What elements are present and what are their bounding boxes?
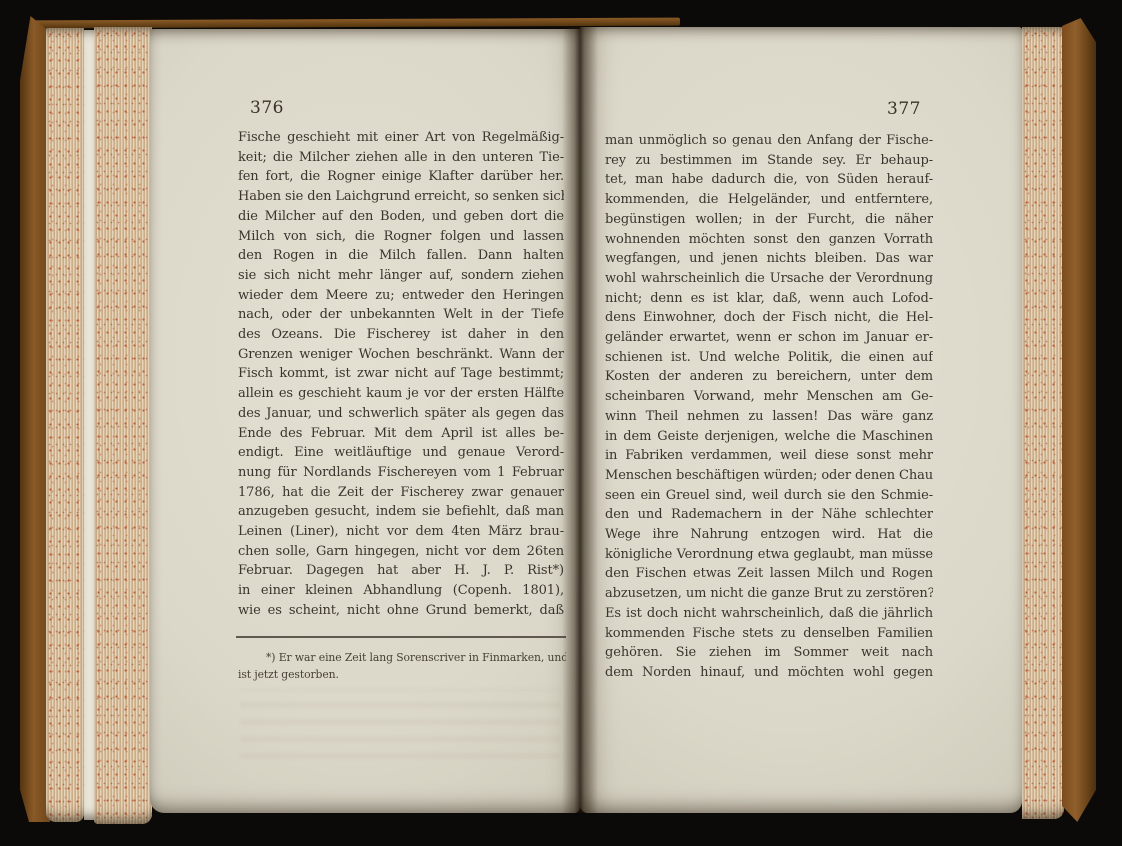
- text-line: geländer erwartet, wenn er schon im Janu…: [605, 328, 933, 348]
- page-number-right: 377: [887, 99, 921, 119]
- book-cover-right: [1062, 18, 1096, 822]
- text-line: keit; die Milcher ziehen alle in den unt…: [238, 148, 564, 168]
- text-line: Haben sie den Laichgrund erreicht, so se…: [238, 187, 564, 207]
- book-photo-stage: 376 Fische geschieht mit einer Art von R…: [0, 0, 1122, 846]
- text-line: endigt. Eine weitläuftige und genaue Ver…: [238, 443, 564, 463]
- left-page-text: Fische geschieht mit einer Art von Regel…: [238, 128, 564, 621]
- text-line: 1786, hat die Zeit der Fischerey zwar ge…: [238, 483, 564, 503]
- text-line: Fische geschieht mit einer Art von Regel…: [238, 128, 564, 148]
- flyleaf-edge-left: [84, 30, 94, 820]
- text-line: Kosten der anderen zu bereichern, unter …: [605, 367, 933, 387]
- text-line: tet, man habe dadurch die, von Süden her…: [605, 170, 933, 190]
- page-number-left: 376: [250, 98, 284, 118]
- text-line: in Fabriken verdammen, weil diese sonst …: [605, 446, 933, 466]
- text-line: abzusetzen, um nicht die ganze Brut zu z…: [605, 584, 933, 604]
- text-line: gehören. Sie ziehen im Sommer weit nach: [605, 643, 933, 663]
- text-line: des Januar, und schwerlich später als ge…: [238, 404, 564, 424]
- text-line: den Fischen etwas Zeit lassen Milch und …: [605, 564, 933, 584]
- text-line: ist jetzt gestorben.: [238, 667, 566, 684]
- text-line: *) Er war eine Zeit lang Sorenscriver in…: [238, 650, 566, 667]
- text-line: Ende des Februar. Mit dem April ist alle…: [238, 424, 564, 444]
- ink-showthrough: [240, 689, 560, 759]
- book-page-left: 376 Fische geschieht mit einer Art von R…: [150, 29, 580, 813]
- text-line: den Rogen in die Milch fallen. Dann halt…: [238, 246, 564, 266]
- text-line: Fisch kommt, ist zwar nicht auf Tage bes…: [238, 364, 564, 384]
- text-line: anzugeben gesucht, indem sie befiehlt, d…: [238, 502, 564, 522]
- text-line: wieder dem Meere zu; entweder den Hering…: [238, 286, 564, 306]
- text-line: in dem Geiste derjenigen, welche die Mas…: [605, 427, 933, 447]
- right-page-text: man unmöglich so genau den Anfang der Fi…: [605, 131, 933, 683]
- text-line: sie sich nicht mehr länger auf, sondern …: [238, 266, 564, 286]
- text-line: rey zu bestimmen im Stande sey. Er behau…: [605, 151, 933, 171]
- text-line: allein es geschieht kaum je vor der erst…: [238, 384, 564, 404]
- text-line: Leinen (Liner), nicht vor dem 4ten März …: [238, 522, 564, 542]
- text-line: wohl wahrscheinlich die Ursache der Vero…: [605, 269, 933, 289]
- text-line: Menschen beschäftigen würden; oder denen…: [605, 466, 933, 486]
- text-line: kommenden Fische stets zu denselben Fami…: [605, 624, 933, 644]
- text-line: Wege ihre Nahrung entzogen wird. Hat die: [605, 525, 933, 545]
- text-line: Grenzen weniger Wochen beschränkt. Wann …: [238, 345, 564, 365]
- text-line: Februar. Dagegen hat aber H. J. P. Rist*…: [238, 561, 564, 581]
- text-line: dens Einwohner, doch der Fisch nicht, di…: [605, 308, 933, 328]
- text-line: nicht; denn es ist klar, daß, wenn auch …: [605, 289, 933, 309]
- book-page-right: 377 man unmöglich so genau den Anfang de…: [580, 27, 1022, 813]
- text-line: in einer kleinen Abhandlung (Copenh. 180…: [238, 581, 564, 601]
- text-line: winn Theil nehmen zu lassen! Das wäre ga…: [605, 407, 933, 427]
- page-edges-left-outer: [46, 28, 84, 822]
- text-line: nach, oder der unbekannten Welt in der T…: [238, 305, 564, 325]
- footnote: *) Er war eine Zeit lang Sorenscriver in…: [238, 650, 566, 683]
- text-line: man unmöglich so genau den Anfang der Fi…: [605, 131, 933, 151]
- text-line: Es ist doch nicht wahrscheinlich, daß di…: [605, 604, 933, 624]
- text-line: fen fort, die Rogner einige Klafter darü…: [238, 167, 564, 187]
- text-line: königliche Verordnung etwa geglaubt, man…: [605, 545, 933, 565]
- text-line: dem Norden hinauf, und möchten wohl gege…: [605, 663, 933, 683]
- text-line: wohnenden möchten sonst den ganzen Vorra…: [605, 230, 933, 250]
- text-line: schienen ist. Und welche Politik, die ei…: [605, 348, 933, 368]
- text-line: kommenden, die Helgeländer, und entfernt…: [605, 190, 933, 210]
- text-line: des Ozeans. Die Fischerey ist daher in d…: [238, 325, 564, 345]
- text-line: nung für Nordlands Fischereyen vom 1 Feb…: [238, 463, 564, 483]
- text-line: wegfangen, und jenen nichts bleiben. Das…: [605, 249, 933, 269]
- text-line: scheinbaren Vorwand, mehr Menschen am Ge…: [605, 387, 933, 407]
- footnote-separator-rule: [236, 636, 566, 638]
- text-line: wie es scheint, nicht ohne Grund bemerkt…: [238, 601, 564, 621]
- page-edges-right: [1022, 27, 1064, 819]
- text-line: begünstigen wollen; in der Furcht, die n…: [605, 210, 933, 230]
- text-line: die Milcher auf den Boden, und geben dor…: [238, 207, 564, 227]
- text-line: den und Rademachern in der Nähe schlecht…: [605, 505, 933, 525]
- page-edges-left-inner: [94, 27, 152, 824]
- text-line: chen solle, Garn hingegen, nicht vor dem…: [238, 542, 564, 562]
- text-line: seen ein Greuel sind, weil durch sie den…: [605, 486, 933, 506]
- text-line: Milch von sich, die Rogner folgen und la…: [238, 227, 564, 247]
